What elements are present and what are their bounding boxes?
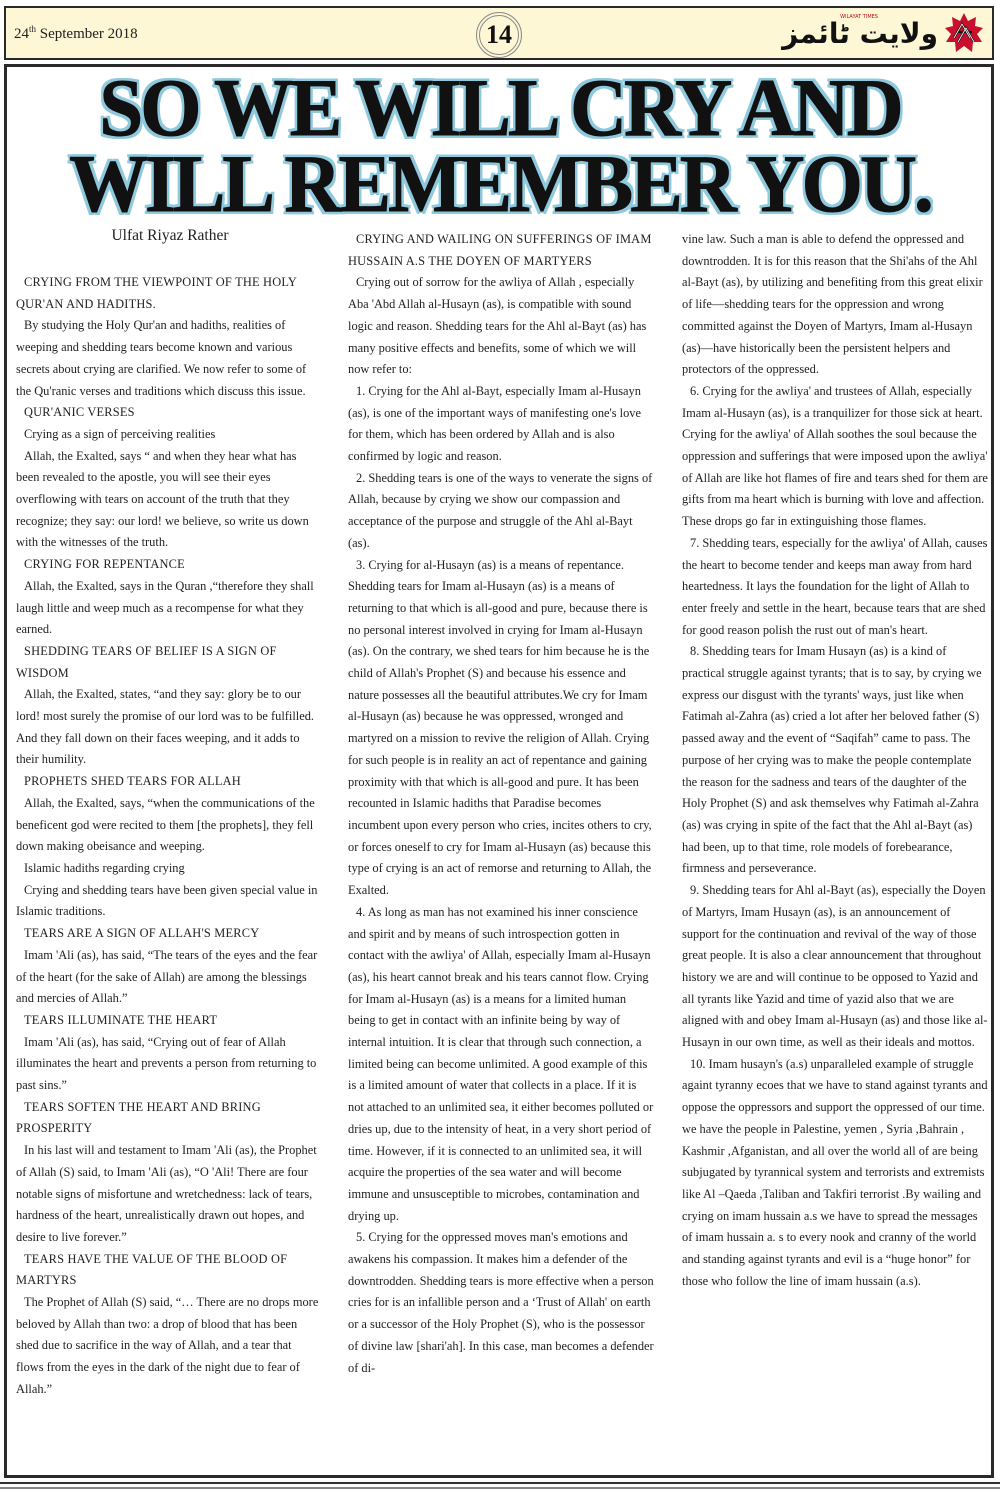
article-column-2: CRYING AND WAILING ON SUFFERINGS OF IMAM… xyxy=(348,229,654,1379)
body-paragraph: By studying the Holy Qur'an and hadiths,… xyxy=(16,315,322,402)
date-day: 24 xyxy=(14,26,29,42)
body-paragraph: Crying out of sorrow for the awliya of A… xyxy=(348,272,654,381)
masthead: 24th September 2018 14 ولایت ٹائمز WILAY… xyxy=(4,6,994,60)
author-byline: Ulfat Riyaz Rather xyxy=(60,227,280,245)
section-heading: TEARS SOFTEN THE HEART AND BRING PROSPER… xyxy=(16,1097,322,1140)
body-paragraph: Imam 'Ali (as), has said, “Crying out of… xyxy=(16,1032,322,1097)
body-paragraph: 2. Shedding tears is one of the ways to … xyxy=(348,468,654,555)
section-heading: CRYING FROM THE VIEWPOINT OF THE HOLY QU… xyxy=(16,272,322,315)
headline-line-2: WILL REMEMBER YOU. xyxy=(20,146,980,222)
article-column-3: vine law. Such a man is able to defend t… xyxy=(682,229,988,1292)
body-paragraph: Islamic hadiths regarding crying xyxy=(16,858,322,880)
body-paragraph: Allah, the Exalted, says, “when the comm… xyxy=(16,793,322,858)
body-paragraph: Allah, the Exalted, says “ and when they… xyxy=(16,446,322,555)
page-number-badge: 14 xyxy=(476,12,522,58)
newspaper-logo: ولایت ٹائمز WILAYAT TIMES xyxy=(782,12,984,54)
body-paragraph: vine law. Such a man is able to defend t… xyxy=(682,229,988,381)
body-paragraph: 4. As long as man has not examined his i… xyxy=(348,902,654,1228)
logo-english-subtext: WILAYAT TIMES xyxy=(840,14,878,20)
section-heading: QUR'ANIC VERSES xyxy=(16,402,322,424)
body-paragraph: 1. Crying for the Ahl al-Bayt, especiall… xyxy=(348,381,654,468)
page-number: 14 xyxy=(486,20,512,50)
wilayat-times-emblem-icon xyxy=(944,12,984,54)
section-heading: CRYING FOR REPENTANCE xyxy=(16,554,322,576)
section-heading: TEARS ILLUMINATE THE HEART xyxy=(16,1010,322,1032)
section-heading: TEARS HAVE THE VALUE OF THE BLOOD OF MAR… xyxy=(16,1249,322,1292)
body-paragraph: 9. Shedding tears for Ahl al-Bayt (as), … xyxy=(682,880,988,1054)
bottom-rule-divider xyxy=(0,1482,1000,1489)
body-paragraph: 10. Imam husayn's (a.s) unparalleled exa… xyxy=(682,1054,988,1293)
section-heading: TEARS ARE A SIGN OF ALLAH'S MERCY xyxy=(16,923,322,945)
body-paragraph: 3. Crying for al-Husayn (as) is a means … xyxy=(348,555,654,902)
date-suffix: th xyxy=(29,24,36,34)
body-paragraph: In his last will and testament to Imam '… xyxy=(16,1140,322,1249)
date-month-year: September 2018 xyxy=(36,26,138,42)
headline-line-1: SO WE WILL CRY AND xyxy=(20,70,980,146)
body-paragraph: 6. Crying for the awliya' and trustees o… xyxy=(682,381,988,533)
body-paragraph: 8. Shedding tears for Imam Husayn (as) i… xyxy=(682,641,988,880)
logo-urdu-text: ولایت ٹائمز xyxy=(782,17,938,50)
article-column-1: CRYING FROM THE VIEWPOINT OF THE HOLY QU… xyxy=(16,272,322,1401)
body-paragraph: Crying as a sign of perceiving realities xyxy=(16,424,322,446)
body-paragraph: Allah, the Exalted, states, “and they sa… xyxy=(16,684,322,771)
section-heading: CRYING AND WAILING ON SUFFERINGS OF IMAM… xyxy=(348,229,654,272)
body-paragraph: The Prophet of Allah (S) said, “… There … xyxy=(16,1292,322,1401)
body-paragraph: 7. Shedding tears, especially for the aw… xyxy=(682,533,988,642)
body-paragraph: Allah, the Exalted, says in the Quran ,“… xyxy=(16,576,322,641)
article-headline: SO WE WILL CRY AND WILL REMEMBER YOU. xyxy=(20,70,980,222)
body-paragraph: 5. Crying for the oppressed moves man's … xyxy=(348,1227,654,1379)
body-paragraph: Imam 'Ali (as), has said, “The tears of … xyxy=(16,945,322,1010)
issue-date: 24th September 2018 xyxy=(14,24,138,43)
section-heading: SHEDDING TEARS OF BELIEF IS A SIGN OF WI… xyxy=(16,641,322,684)
body-paragraph: Crying and shedding tears have been give… xyxy=(16,880,322,923)
section-heading: PROPHETS SHED TEARS FOR ALLAH xyxy=(16,771,322,793)
